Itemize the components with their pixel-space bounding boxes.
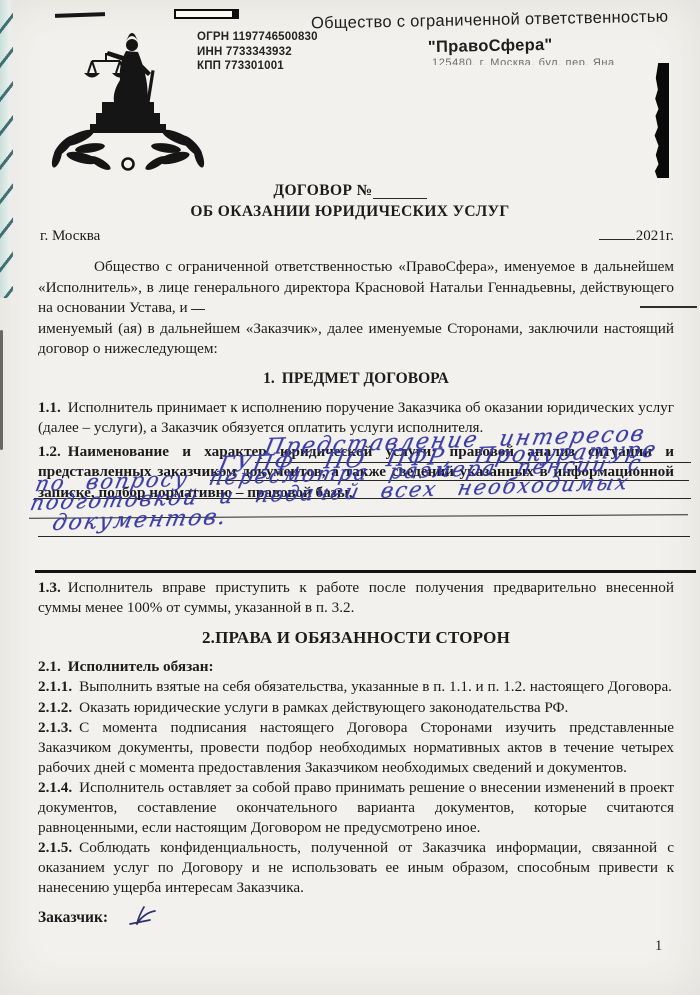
section1-heading: 1.ПРЕДМЕТ ДОГОВОРА xyxy=(38,369,674,390)
dateline: г. Москва 2021г. xyxy=(40,228,674,245)
contract-scan-page: ОГРН 1197746500830 ИНН 7733343932 КПП 77… xyxy=(0,0,700,995)
scan-artifact-bar xyxy=(654,63,669,178)
company-header: Общество с ограниченной ответственностью… xyxy=(288,7,693,60)
contract-body: Общество с ограниченной ответственностью… xyxy=(38,257,674,935)
clause-2-1-5: 2.1.5.Соблюдать конфиденциальность, полу… xyxy=(38,838,674,898)
scan-artifact-box xyxy=(174,9,239,19)
clause-2-1-1: 2.1.1.Выполнить взятые на себя обязатель… xyxy=(38,677,674,697)
clause-2-1-2: 2.1.2.Оказать юридические услуги в рамка… xyxy=(38,698,674,718)
preamble-part2: именуемый (ая) в дальнейшем «Заказчик», … xyxy=(38,319,674,360)
page-number: 1 xyxy=(655,938,662,955)
clause-1-3: 1.3.Исполнитель вправе приступить к рабо… xyxy=(38,578,674,619)
contract-number-blank xyxy=(373,197,427,199)
customer-label: Заказчик: xyxy=(38,909,108,926)
document-title: ДОГОВОР № ОБ ОКАЗАНИИ ЮРИДИЧЕСКИХ УСЛУГ xyxy=(0,180,700,222)
title-line-2: ОБ ОКАЗАНИИ ЮРИДИЧЕСКИХ УСЛУГ xyxy=(0,201,700,222)
section-divider-line xyxy=(35,570,696,573)
fill-in-blank xyxy=(191,308,205,310)
city-label: г. Москва xyxy=(40,228,100,245)
section2-clauses: 2.1.Исполнитель обязан: 2.1.1.Выполнить … xyxy=(38,657,674,898)
lady-justice-emblem-icon xyxy=(42,28,214,178)
handwritten-service-description: Представление интересов ГУПФ, ПО ПФР, Пр… xyxy=(0,440,700,560)
clause-2-1-4: 2.1.4.Исполнитель оставляет за собой пра… xyxy=(38,778,674,838)
company-type: Общество с ограниченной ответственностью xyxy=(288,7,692,34)
company-name: "ПравоСфера" xyxy=(288,33,692,60)
clause-2-1-3: 2.1.3.С момента подписания настоящего До… xyxy=(38,718,674,778)
scan-artifact-line xyxy=(55,12,105,18)
kpp-number: КПП 773301001 xyxy=(197,59,318,74)
date-value: 2021г. xyxy=(599,228,674,245)
ruled-line xyxy=(38,536,690,537)
signature-icon xyxy=(128,904,168,935)
company-address-clipped: 125480, г. Москва, бул. пер. Яна xyxy=(432,57,667,65)
title-line-1: ДОГОВОР № xyxy=(0,180,700,201)
handwriting-line-5: документов. xyxy=(50,505,230,536)
preamble-part1: Общество с ограниченной ответственностью… xyxy=(38,257,674,319)
binding-edge-strip xyxy=(0,0,13,298)
scan-edge-mark xyxy=(0,330,3,450)
date-blank xyxy=(599,238,635,240)
clause-2-1: 2.1.Исполнитель обязан: xyxy=(38,657,674,677)
section2-heading: 2.ПРАВА И ОБЯЗАННОСТИ СТОРОН xyxy=(38,628,674,649)
customer-signature-row: Заказчик: xyxy=(38,904,674,935)
